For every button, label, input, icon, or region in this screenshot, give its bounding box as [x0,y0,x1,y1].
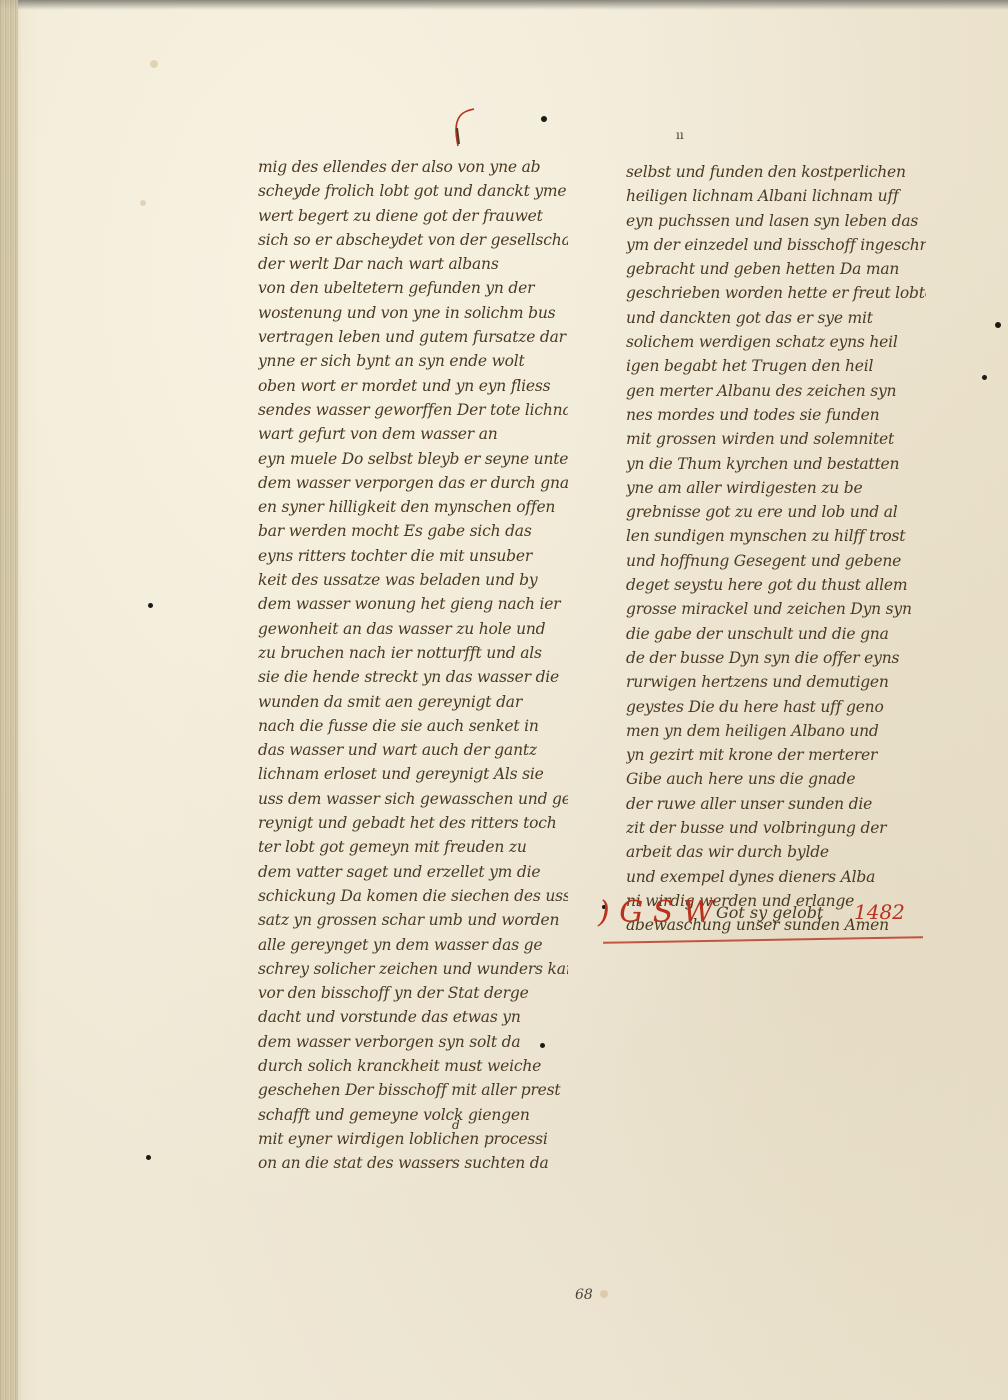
text-line: dem vatter saget und erzellet ym die [258,860,568,884]
paragraph-flourish-icon [448,108,476,148]
colophon: ) G S W Got sy gelobt 1482 [598,895,928,945]
text-line: schrey solicher zeichen und wunders kam [258,957,568,981]
text-line: gen merter Albanu des zeichen syn [626,379,926,403]
text-line: mit eyner wirdigen loblichen processi [258,1127,568,1151]
catchword: d [452,1118,460,1132]
colophon-year: 1482 [854,900,905,924]
text-line: ter lobt got gemeyn mit freuden zu [258,835,568,859]
text-line: Gibe auch here uns die gnade [626,767,926,791]
text-line: en syner hilligkeit den mynschen offen [258,495,568,519]
foxing-stain [140,200,146,206]
text-line: ynne er sich bynt an syn ende wolt [258,349,568,373]
colophon-text: Got sy gelobt [716,903,823,922]
text-line: nes mordes und todes sie funden [626,403,926,427]
binding-hole [148,603,153,608]
text-line: heiligen lichnam Albani lichnam uff [626,184,926,208]
text-line: vor den bisschoff yn der Stat derge [258,981,568,1005]
colophon-rule [603,936,923,944]
marginal-mark: ıı [676,128,684,142]
text-line: satz yn grossen schar umb und worden [258,908,568,932]
foxing-stain [150,60,158,68]
text-line: grebnisse got zu ere und lob und al [626,500,926,524]
text-line: geschehen Der bisschoff mit aller prest [258,1078,568,1102]
text-line: oben wort er mordet und yn eyn fliess [258,374,568,398]
left-text-column: mig des ellendes der also von yne absche… [258,155,568,1175]
text-line: mig des ellendes der also von yne ab [258,155,568,179]
binding-hole [995,322,1001,328]
text-line: scheyde frolich lobt got und danckt yme [258,179,568,203]
text-line: schafft und gemeyne volck giengen [258,1103,568,1127]
text-line: von den ubeltetern gefunden yn der [258,276,568,300]
foxing-stain [600,1290,608,1298]
text-line: eyns ritters tochter die mit unsuber [258,544,568,568]
text-line: eyn puchssen und lasen syn leben das [626,209,926,233]
text-line: der werlt Dar nach wart albans [258,252,568,276]
binding-hole [541,116,547,122]
text-line: bar werden mocht Es gabe sich das [258,519,568,543]
text-line: dem wasser verporgen das er durch gnad [258,471,568,495]
colophon-initials: ) G S W [598,895,714,930]
text-line: vertragen leben und gutem fursatze dar [258,325,568,349]
text-line: reynigt und gebadt het des ritters toch [258,811,568,835]
text-line: dacht und vorstunde das etwas yn [258,1005,568,1029]
text-line: und hoffnung Gesegent und gebene [626,549,926,573]
text-line: sie die hende streckt yn das wasser die [258,665,568,689]
text-line: geystes Die du here hast uff geno [626,695,926,719]
text-line: len sundigen mynschen zu hilff trost [626,524,926,548]
text-line: solichem werdigen schatz eyns heil [626,330,926,354]
text-line: die gabe der unschult und die gna [626,622,926,646]
text-line: yn gezirt mit krone der merterer [626,743,926,767]
text-line: zit der busse und volbringung der [626,816,926,840]
text-line: nach die fusse die sie auch senket in [258,714,568,738]
text-line: alle gereynget yn dem wasser das ge [258,933,568,957]
text-line: arbeit das wir durch bylde [626,840,926,864]
text-line: wert begert zu diene got der frauwet [258,204,568,228]
text-line: gebracht und geben hetten Da man [626,257,926,281]
text-line: zu bruchen nach ier notturfft und als [258,641,568,665]
text-line: selbst und funden den kostperlichen [626,160,926,184]
text-line: eyn muele Do selbst bleyb er seyne unter [258,447,568,471]
text-line: ym der einzedel und bisschoff ingeschrif… [626,233,926,257]
text-line: wunden da smit aen gereynigt dar [258,690,568,714]
text-line: gewonheit an das wasser zu hole und [258,617,568,641]
text-line: yn die Thum kyrchen und bestatten [626,452,926,476]
text-line: geschrieben worden hette er freut lobten [626,281,926,305]
text-line: schickung Da komen die siechen des uss [258,884,568,908]
text-line: lichnam erloset und gereynigt Als sie [258,762,568,786]
text-line: igen begabt het Trugen den heil [626,354,926,378]
text-line: dem wasser wonung het gieng nach ier [258,592,568,616]
text-line: deget seystu here got du thust allem [626,573,926,597]
text-line: sendes wasser geworffen Der tote lichnam [258,398,568,422]
text-line: dem wasser verborgen syn solt da [258,1030,568,1054]
text-line: mit grossen wirden und solemnitet [626,427,926,451]
text-line: der ruwe aller unser sunden die [626,792,926,816]
text-line: rurwigen hertzens und demutigen [626,670,926,694]
text-line: sich so er abscheydet von der gesellscha… [258,228,568,252]
manuscript-page: ıı mig des ellendes der also von yne abs… [0,0,1008,1400]
top-shadow [0,0,1008,10]
text-line: wostenung und von yne in solichm bus [258,301,568,325]
text-line: das wasser und wart auch der gantz [258,738,568,762]
text-line: yne am aller wirdigesten zu be [626,476,926,500]
binding-hole [146,1155,151,1160]
text-line: und exempel dynes dieners Alba [626,865,926,889]
text-line: on an die stat des wassers suchten da [258,1151,568,1175]
binding-hole [982,375,987,380]
text-line: keit des ussatze was beladen und by [258,568,568,592]
text-line: grosse mirackel und zeichen Dyn syn [626,597,926,621]
folio-number: 68 [575,1287,593,1303]
text-line: de der busse Dyn syn die offer eyns [626,646,926,670]
text-line: durch solich kranckheit must weiche [258,1054,568,1078]
text-line: uss dem wasser sich gewasschen und ge [258,787,568,811]
text-line: und danckten got das er sye mit [626,306,926,330]
right-text-column: selbst und funden den kostperlichenheili… [626,160,926,938]
text-line: wart gefurt von dem wasser an [258,422,568,446]
page-stack-edge [0,0,18,1400]
text-line: men yn dem heiligen Albano und [626,719,926,743]
